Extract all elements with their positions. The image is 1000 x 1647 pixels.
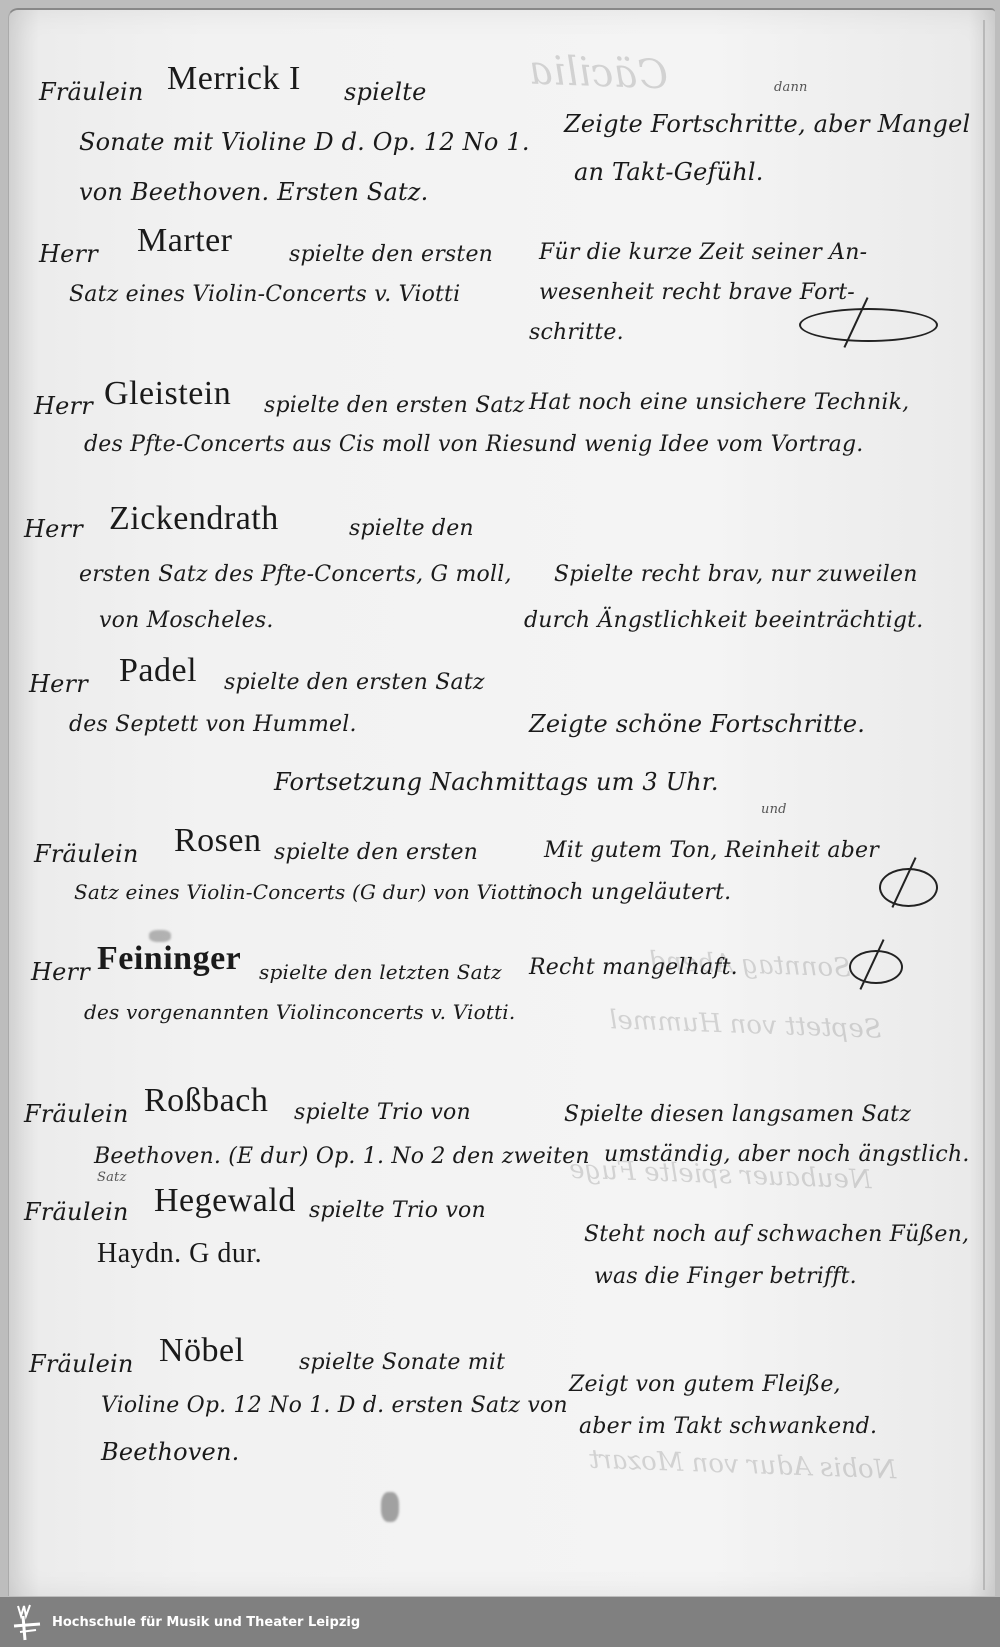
marginal-note: dann: [774, 80, 808, 95]
remark-text: und wenig Idee vom Vortrag.: [534, 432, 863, 457]
performer-title: Herr: [24, 515, 83, 543]
ink-stain: [381, 1492, 399, 1522]
bleed-through-text: Cäcilia: [528, 48, 669, 99]
performer-title: Herr: [31, 958, 90, 986]
performance-text: spielte den: [349, 516, 474, 541]
performer-name: Hegewald: [154, 1182, 296, 1220]
performer-name: Rosen: [174, 822, 262, 860]
remark-text: durch Ängstlichkeit beeinträchtigt.: [524, 608, 923, 633]
performer-title: Fräulein: [34, 840, 139, 868]
hmt-logo-icon: [12, 1602, 42, 1642]
page-edge: [983, 20, 985, 1590]
performer-name: Feininger: [97, 940, 241, 978]
performer-name: Roßbach: [144, 1082, 268, 1120]
section-heading: Fortsetzung Nachmittags um 3 Uhr.: [274, 768, 719, 796]
performer-title: Herr: [39, 240, 98, 268]
performance-text: von Beethoven. Ersten Satz.: [79, 178, 428, 206]
performance-text: von Moscheles.: [99, 608, 274, 633]
performer-title: Fräulein: [29, 1350, 134, 1378]
remark-text: aber im Takt schwankend.: [579, 1414, 877, 1439]
remark-text: Steht noch auf schwachen Füßen,: [584, 1222, 969, 1247]
bleed-through-text: Septett von Hummel: [609, 1005, 883, 1044]
remark-text: Zeigte schöne Fortschritte.: [529, 710, 865, 738]
bleed-through-text: Nobis Adur von Mozart: [589, 1445, 897, 1486]
performance-text: ersten Satz des Pfte-Concerts, G moll,: [79, 562, 512, 587]
remark-text: Mit gutem Ton, Reinheit aber: [544, 838, 879, 863]
footer-bar: Hochschule für Musik und Theater Leipzig: [0, 1597, 1000, 1647]
manuscript-page: Cäcilia Sonntag Abend Septett von Hummel…: [8, 8, 995, 1596]
institution-name: Hochschule für Musik und Theater Leipzig: [52, 1615, 360, 1630]
performance-text: spielte den ersten: [289, 242, 493, 267]
remark-text: Recht mangelhaft.: [529, 955, 738, 980]
performer-title: Fräulein: [24, 1198, 129, 1226]
performance-text: spielte Trio von: [309, 1198, 486, 1223]
remark-text: wesenheit recht brave Fort-: [539, 280, 855, 305]
performance-text: spielte den letzten Satz: [259, 960, 502, 984]
performer-name: Zickendrath: [109, 500, 279, 538]
remark-text: Spielte recht brav, nur zuweilen: [554, 562, 918, 587]
performer-name: Marter: [137, 222, 233, 260]
remark-text: umständig, aber noch ängstlich.: [604, 1142, 970, 1167]
paraph-signature-icon: [799, 308, 938, 342]
remark-text: Zeigt von gutem Fleiße,: [569, 1372, 841, 1397]
performance-text: Violine Op. 12 No 1. D d. ersten Satz vo…: [101, 1393, 568, 1418]
remark-text: noch ungeläutert.: [529, 880, 731, 905]
performance-text: spielte Sonate mit: [299, 1350, 505, 1375]
performance-text: spielte den ersten Satz: [224, 670, 485, 695]
remark-text: an Takt-Gefühl.: [574, 158, 764, 186]
performance-text: Satz: [97, 1170, 127, 1185]
performer-name: Nöbel: [159, 1332, 245, 1370]
remark-text: schritte.: [529, 320, 624, 345]
paraph-signature-icon: [879, 868, 938, 907]
performer-title: Herr: [34, 392, 93, 420]
remark-text: Für die kurze Zeit seiner An-: [539, 240, 867, 265]
performance-text: Beethoven.: [101, 1438, 239, 1466]
remark-text: Zeigte Fortschritte, aber Mangel: [564, 110, 970, 138]
performance-text: spielte Trio von: [294, 1100, 471, 1125]
performer-name: Gleistein: [104, 375, 231, 413]
ink-smudge: [149, 930, 171, 942]
performance-text: des Pfte-Concerts aus Cis moll von Ries.: [84, 432, 542, 457]
performer-title: Fräulein: [39, 78, 144, 106]
remark-text: was die Finger betrifft.: [594, 1264, 857, 1289]
paraph-signature-icon: [849, 950, 903, 984]
performer-title: Fräulein: [24, 1100, 129, 1128]
performer-title: Herr: [29, 670, 88, 698]
performance-text: Beethoven. (E dur) Op. 1. No 2 den zweit…: [94, 1144, 590, 1169]
remark-text: Spielte diesen langsamen Satz: [564, 1102, 911, 1127]
performance-text: spielte: [344, 78, 426, 106]
performance-text: Satz eines Violin-Concerts (G dur) von V…: [74, 880, 533, 904]
performance-text: spielte den ersten: [274, 840, 478, 865]
remark-insert: und: [761, 802, 787, 817]
performance-text: des Septett von Hummel.: [69, 712, 357, 737]
performance-text: Haydn. G dur.: [97, 1238, 262, 1270]
performance-text: des vorgenannten Violinconcerts v. Viott…: [84, 1000, 515, 1024]
performer-name: Merrick I: [167, 60, 301, 98]
performance-text: Sonate mit Violine D d. Op. 12 No 1.: [79, 128, 530, 156]
performance-text: Satz eines Violin-Concerts v. Viotti: [69, 282, 460, 307]
remark-text: Hat noch eine unsichere Technik,: [529, 390, 909, 415]
performer-name: Padel: [119, 652, 197, 690]
performance-text: spielte den ersten Satz: [264, 393, 525, 418]
document-viewer: Cäcilia Sonntag Abend Septett von Hummel…: [0, 0, 1000, 1597]
